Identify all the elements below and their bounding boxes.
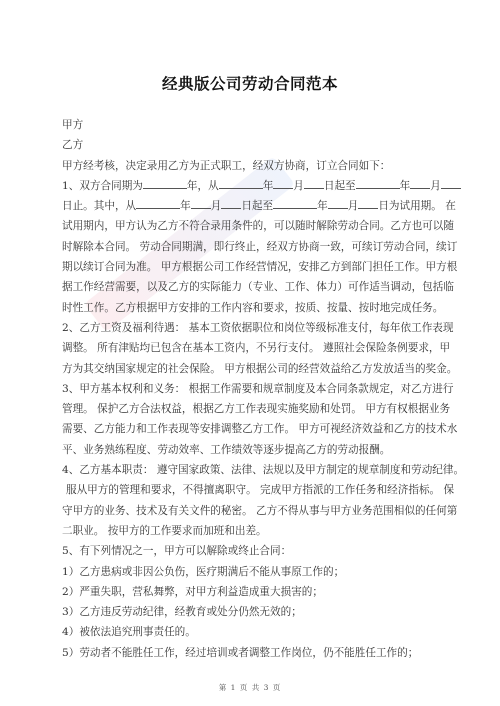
document-title: 经典版公司劳动合同范本: [0, 72, 500, 94]
party-a-label: 甲方: [62, 115, 442, 135]
fill-blank-end-year[interactable]: [356, 177, 400, 189]
fill-blank-probation-start-year[interactable]: [136, 197, 180, 209]
paragraph-line: 时性工作。乙方根据甲方安排的工作内容和要求，按质、按量、按时地完成任务。: [62, 298, 442, 318]
text-fragment: 日为试用期。 在: [378, 200, 456, 212]
paragraph-line: 调整。 所有津贴均已包含在基本工资内，不另行支付。 遵照社会保险条例要求，甲: [62, 338, 442, 358]
paragraph-line: 守甲方的业务、技术及有关文件的秘密。 乙方不得从事与甲方业务范围相似的任何第: [62, 501, 442, 521]
fill-blank-years[interactable]: [143, 177, 187, 189]
fill-blank-probation-start-day[interactable]: [221, 197, 241, 209]
fill-blank-probation-end-year[interactable]: [273, 197, 317, 209]
document-page: 经典版公司劳动合同范本 甲方 乙方 甲方经考核，决定录用乙方为正式职工，经双方协…: [0, 0, 500, 706]
clause-5-termination: 5、有下列情况之一，甲方可以解除或终止合同：: [62, 541, 442, 561]
fill-blank-end-month[interactable]: [410, 177, 430, 189]
fill-blank-start-day[interactable]: [304, 177, 324, 189]
text-fragment: 年: [180, 200, 191, 212]
text-fragment: 日起至: [324, 180, 356, 192]
paragraph-line: 服从甲方的管理和要求，不得擅离职守。 完成甲方指派的工作任务和经济指标。 保: [62, 480, 442, 500]
text-fragment: 年，从: [187, 180, 219, 192]
fill-blank-start-month[interactable]: [273, 177, 293, 189]
page-indicator: 第 1 页 共 3 页: [0, 682, 500, 693]
termination-item-2: 2）严重失职，营私舞弊，对甲方利益造成重大损害的；: [62, 582, 442, 602]
termination-item-5: 5）劳动者不能胜任工作，经过培训或者调整工作岗位，仍不能胜任工作的；: [62, 643, 442, 663]
paragraph-line: 方为其交纳国家规定的社会保险。 甲方根据公司的经营效益给乙方发放适当的奖金。: [62, 359, 442, 379]
clause-2-salary: 2、乙方工资及福利待遇： 基本工资依据职位和岗位等级标准支付，每年依工作表现: [62, 318, 442, 338]
paragraph-line: 时解除本合同。 劳动合同期满，即行终止，经双方协商一致，可续订劳动合同，续订: [62, 237, 442, 257]
text-fragment: 月: [430, 180, 441, 192]
clause-4-party-b-duties: 4、乙方基本职责： 遵守国家政策、法律、法规以及甲方制定的规章制度和劳动纪律。: [62, 460, 442, 480]
text-fragment: 月: [211, 200, 222, 212]
text-fragment: 日起至: [241, 200, 273, 212]
intro-paragraph: 甲方经考核，决定录用乙方为正式职工，经双方协商，订立合同如下：: [62, 156, 442, 176]
text-fragment: 月: [293, 180, 304, 192]
paragraph-line: 据工作经营需要，以及乙方的实际能力（专业、工作、体力）可作适当调动，包括临: [62, 277, 442, 297]
text-fragment: 年: [400, 180, 411, 192]
paragraph-line: 二职业。 按甲方的工作要求而加班和出差。: [62, 521, 442, 541]
fill-blank-probation-end-day[interactable]: [358, 197, 378, 209]
clause-3-party-a-rights: 3、甲方基本权利和义务： 根据工作需要和规章制度及本合同条款规定，对乙方进行: [62, 379, 442, 399]
termination-item-3: 3）乙方违反劳动纪律，经教育或处分仍然无效的；: [62, 602, 442, 622]
text-fragment: 年: [317, 200, 328, 212]
fill-blank-probation-start-month[interactable]: [191, 197, 211, 209]
paragraph-line: 管理。 保护乙方合法权益，根据乙方工作表现实施奖励和处罚。 甲方有权根据业务: [62, 399, 442, 419]
paragraph-line: 需要、乙方能力和工作表现等安排调整乙方工作。 甲方可视经济效益和乙方的技术水: [62, 419, 442, 439]
fill-blank-end-day[interactable]: [441, 177, 461, 189]
contract-term-line: 1、双方合同期为年，从年月日起至年月: [62, 176, 442, 196]
text-fragment: 月: [348, 200, 359, 212]
paragraph-line: 平、业务熟练程度、劳动效率、工作绩效等逐步提高乙方的劳动报酬。: [62, 440, 442, 460]
paragraph-line: 试用期内，甲方认为乙方不符合录用条件的，可以随时解除劳动合同。乙方也可以随: [62, 216, 442, 236]
fill-blank-start-year[interactable]: [219, 177, 263, 189]
document-body: 甲方 乙方 甲方经考核，决定录用乙方为正式职工，经双方协商，订立合同如下： 1、…: [62, 115, 442, 663]
paragraph-line: 期以续订合同为准。 甲方根据公司工作经营情况，安排乙方到部门担任工作。甲方根: [62, 257, 442, 277]
termination-item-4: 4）被依法追究刑事责任的。: [62, 622, 442, 642]
fill-blank-probation-end-month[interactable]: [328, 197, 348, 209]
party-b-label: 乙方: [62, 135, 442, 155]
termination-item-1: 1）乙方患病或非因公负伤，医疗期满后不能从事原工作的；: [62, 562, 442, 582]
probation-term-line: 日止。其中，从年月日起至年月日为试用期。 在: [62, 196, 442, 216]
text-fragment: 日止。其中，从: [62, 200, 136, 212]
text-fragment: 1、双方合同期为: [62, 180, 143, 192]
text-fragment: 年: [263, 180, 274, 192]
